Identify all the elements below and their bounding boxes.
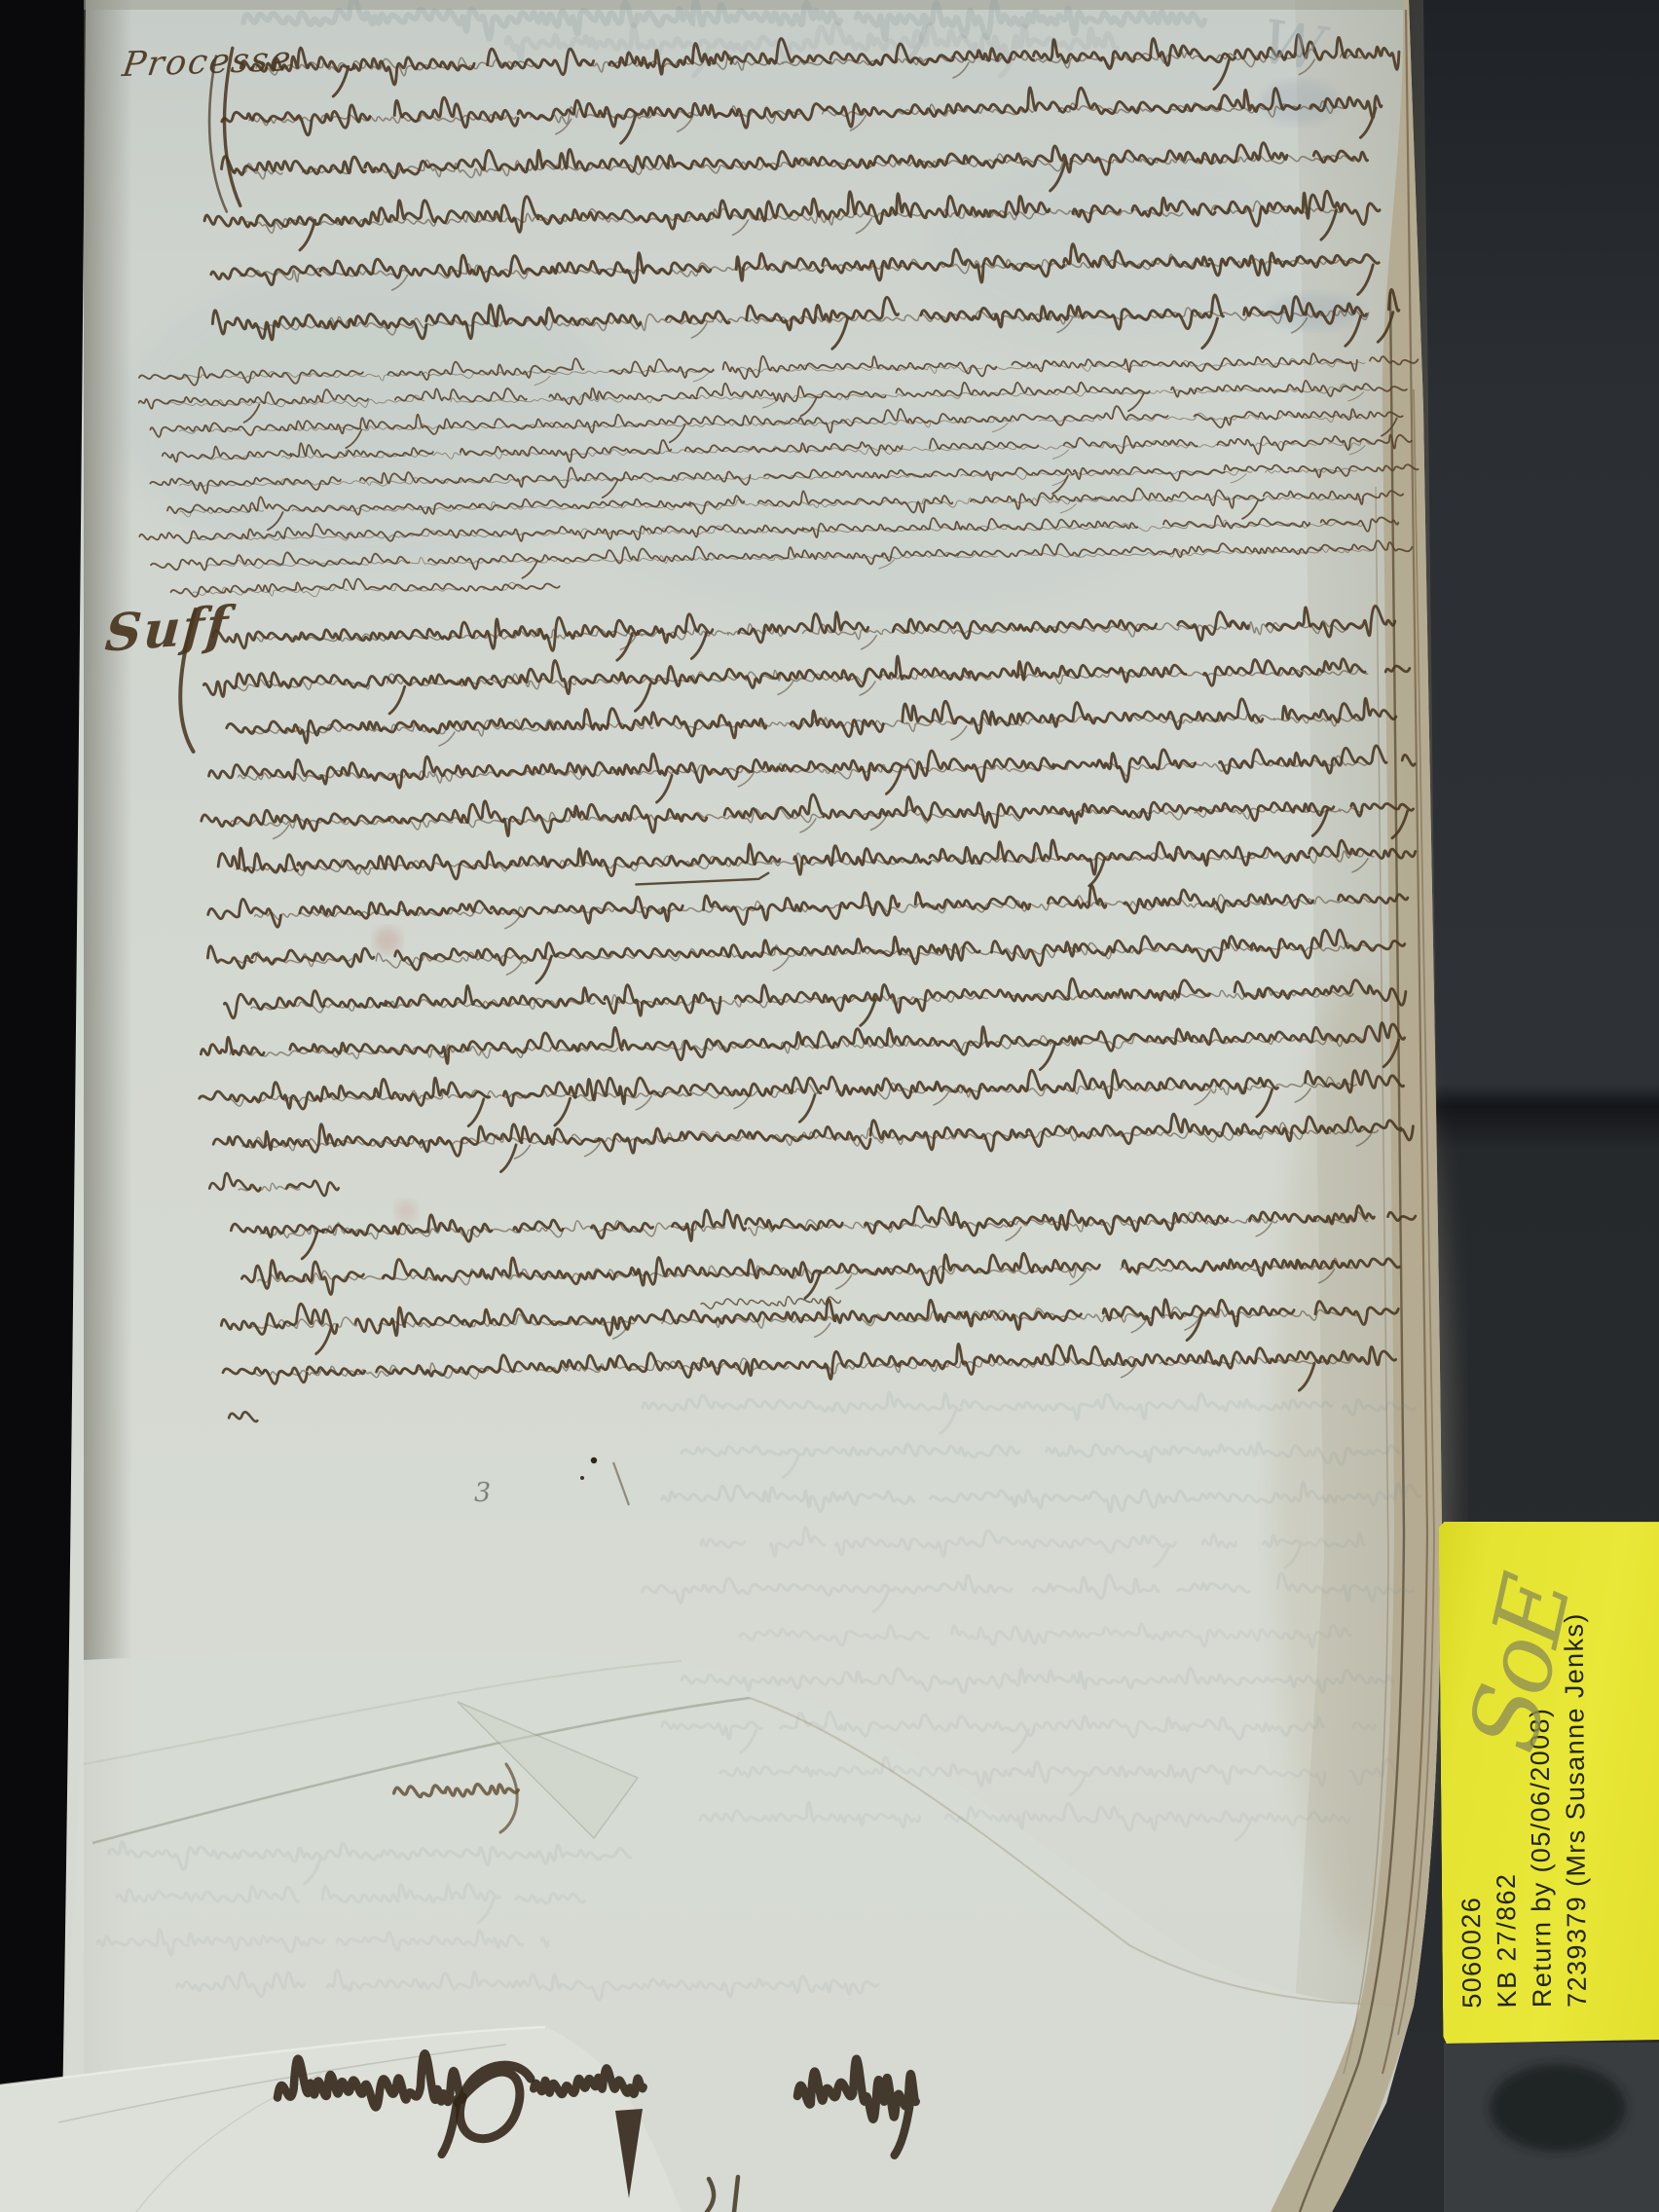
- ink-spot: [580, 1476, 584, 1480]
- margin-note-processe: Processe: [120, 40, 295, 85]
- photo-of-plea-roll: Processe Suff W 3 5060026 KB 27/862 Retu…: [0, 0, 1659, 2212]
- margin-note-suff: Suff: [103, 595, 232, 663]
- pencil-mark-3: 3: [474, 1478, 491, 1508]
- backdrop-shadow-blob: [1490, 2064, 1626, 2152]
- stain: [395, 1200, 417, 1222]
- manuscript-scene: [0, 0, 1659, 2212]
- sticky-note-text-block: 5060026 KB 27/862 Return by (05/06/2008)…: [1439, 1520, 1659, 2044]
- top-edge-shading: [84, 0, 1409, 10]
- sticky-note: 5060026 KB 27/862 Return by (05/06/2008)…: [1439, 1520, 1659, 2044]
- ink-spot: [591, 1457, 597, 1463]
- pencil-mark-w: W: [1257, 6, 1328, 85]
